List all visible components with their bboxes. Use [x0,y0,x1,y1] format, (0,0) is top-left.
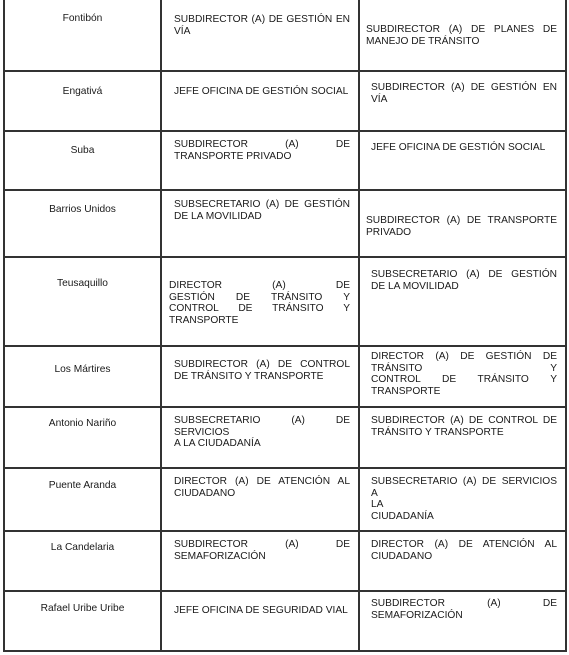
cell-line: CONTROL DE TRÁNSITO Y [371,374,557,386]
locality-cell: Los Mártires [5,364,160,376]
cell-line: TRÁNSITO Y [371,363,557,375]
locality-cell: Engativá [5,86,160,98]
cell-line: TRANSPORTE [371,386,557,398]
alternate-cell: SUBDIRECTOR (A) DE CONTROL DETRÁNSITO Y … [371,415,557,438]
cell-line: SUBDIRECTOR (A) DE PLANES DE [366,24,557,36]
cell-line: DE LA MOVILIDAD [174,211,350,223]
responsible-cell: JEFE OFICINA DE SEGURIDAD VIAL [174,605,350,617]
cell-line: SUBDIRECTOR (A) DE TRANSPORTE [366,215,557,227]
cell-line: SUBSECRETARIO (A) DE GESTIÓN [371,269,557,281]
row-divider [3,345,567,347]
cell-line: DIRECTOR (A) DE GESTIÓN DE [371,351,557,363]
cell-line: GESTIÓN DE TRÁNSITO Y [169,292,350,304]
locality-cell: Rafael Uribe Uribe [5,603,160,615]
alternate-cell: JEFE OFICINA DE GESTIÓN SOCIAL [371,142,557,154]
alternate-cell: DIRECTOR (A) DE GESTIÓN DETRÁNSITO YCONT… [371,351,557,397]
cell-line: SUBSECRETARIO (A) DE GESTIÓN [174,199,350,211]
cell-line: DIRECTOR (A) DE ATENCIÓN AL [371,539,557,551]
cell-line: DIRECTOR (A) DE ATENCIÓN AL [174,476,350,488]
cell-line: SUBDIRECTOR (A) DE [371,598,557,610]
row-divider [3,530,567,532]
cell-line: A LA CIUDADANÍA [174,438,350,450]
alternate-cell: SUBSECRETARIO (A) DE SERVICIOS ALACIUDAD… [371,476,557,522]
locality-cell: Suba [5,145,160,157]
alternate-cell: SUBDIRECTOR (A) DE TRANSPORTEPRIVADO [366,215,557,238]
responsible-cell: JEFE OFICINA DE GESTIÓN SOCIAL [174,86,350,98]
cell-line: JEFE OFICINA DE SEGURIDAD VIAL [174,605,350,617]
cell-line: JEFE OFICINA DE GESTIÓN SOCIAL [174,86,350,98]
cell-line: SEMAFORIZACIÓN [371,610,557,622]
row-divider [3,70,567,72]
locality-cell: Puente Aranda [5,480,160,492]
locality-cell: Antonio Nariño [5,418,160,430]
responsible-cell: SUBDIRECTOR (A) DETRANSPORTE PRIVADO [174,139,350,162]
cell-line: TRÁNSITO Y TRANSPORTE [371,427,557,439]
row-divider [3,189,567,191]
cell-line: VÍA [371,94,557,106]
cell-line: SUBDIRECTOR (A) DE CONTROL [174,359,350,371]
cell-line: SUBSECRETARIO (A) DE SERVICIOS [174,415,350,438]
alternate-cell: DIRECTOR (A) DE ATENCIÓN ALCIUDADANO [371,539,557,562]
column-divider [3,0,5,652]
cell-line: CIUDADANO [371,551,557,563]
cell-line: SUBDIRECTOR (A) DE CONTROL DE [371,415,557,427]
cell-line: TRANSPORTE PRIVADO [174,151,350,163]
cell-line: DE TRÁNSITO Y TRANSPORTE [174,371,350,383]
column-divider [358,0,360,652]
responsible-cell: SUBDIRECTOR (A) DE CONTROLDE TRÁNSITO Y … [174,359,350,382]
locality-cell: La Candelaria [5,542,160,554]
cell-line: SUBDIRECTOR (A) DE [174,539,350,551]
responsible-cell: SUBSECRETARIO (A) DE GESTIÓNDE LA MOVILI… [174,199,350,222]
assignments-table: FontibónSUBDIRECTOR (A) DE GESTIÓN ENVÍA… [0,0,569,655]
alternate-cell: SUBDIRECTOR (A) DE GESTIÓN ENVÍA [371,82,557,105]
responsible-cell: DIRECTOR (A) DEGESTIÓN DE TRÁNSITO YCONT… [169,280,350,326]
cell-line: CIUDADANÍA [371,511,557,523]
locality-cell: Barrios Unidos [5,204,160,216]
cell-line: SUBSECRETARIO (A) DE SERVICIOS A [371,476,557,499]
responsible-cell: SUBDIRECTOR (A) DE GESTIÓN ENVÍA [174,14,350,37]
cell-line: CIUDADANO [174,488,350,500]
cell-line: LA [371,499,557,511]
cell-line: CONTROL DE TRÁNSITO Y [169,303,350,315]
row-divider [3,650,567,652]
column-divider [160,0,162,652]
alternate-cell: SUBDIRECTOR (A) DE PLANES DEMANEJO DE TR… [366,24,557,47]
cell-line: TRANSPORTE [169,315,350,327]
row-divider [3,590,567,592]
cell-line: SUBDIRECTOR (A) DE GESTIÓN EN [174,14,350,26]
cell-line: PRIVADO [366,227,557,239]
row-divider [3,256,567,258]
column-divider [565,0,567,652]
cell-line: SUBDIRECTOR (A) DE [174,139,350,151]
cell-line: VÍA [174,26,350,38]
responsible-cell: SUBDIRECTOR (A) DESEMAFORIZACIÓN [174,539,350,562]
row-divider [3,406,567,408]
cell-line: JEFE OFICINA DE GESTIÓN SOCIAL [371,142,557,154]
cell-line: DIRECTOR (A) DE [169,280,350,292]
cell-line: SUBDIRECTOR (A) DE GESTIÓN EN [371,82,557,94]
alternate-cell: SUBDIRECTOR (A) DESEMAFORIZACIÓN [371,598,557,621]
cell-line: SEMAFORIZACIÓN [174,551,350,563]
responsible-cell: SUBSECRETARIO (A) DE SERVICIOSA LA CIUDA… [174,415,350,450]
alternate-cell: SUBSECRETARIO (A) DE GESTIÓNDE LA MOVILI… [371,269,557,292]
cell-line: DE LA MOVILIDAD [371,281,557,293]
row-divider [3,130,567,132]
locality-cell: Fontibón [5,13,160,25]
row-divider [3,467,567,469]
cell-line: MANEJO DE TRÁNSITO [366,36,557,48]
locality-cell: Teusaquillo [5,278,160,290]
responsible-cell: DIRECTOR (A) DE ATENCIÓN ALCIUDADANO [174,476,350,499]
